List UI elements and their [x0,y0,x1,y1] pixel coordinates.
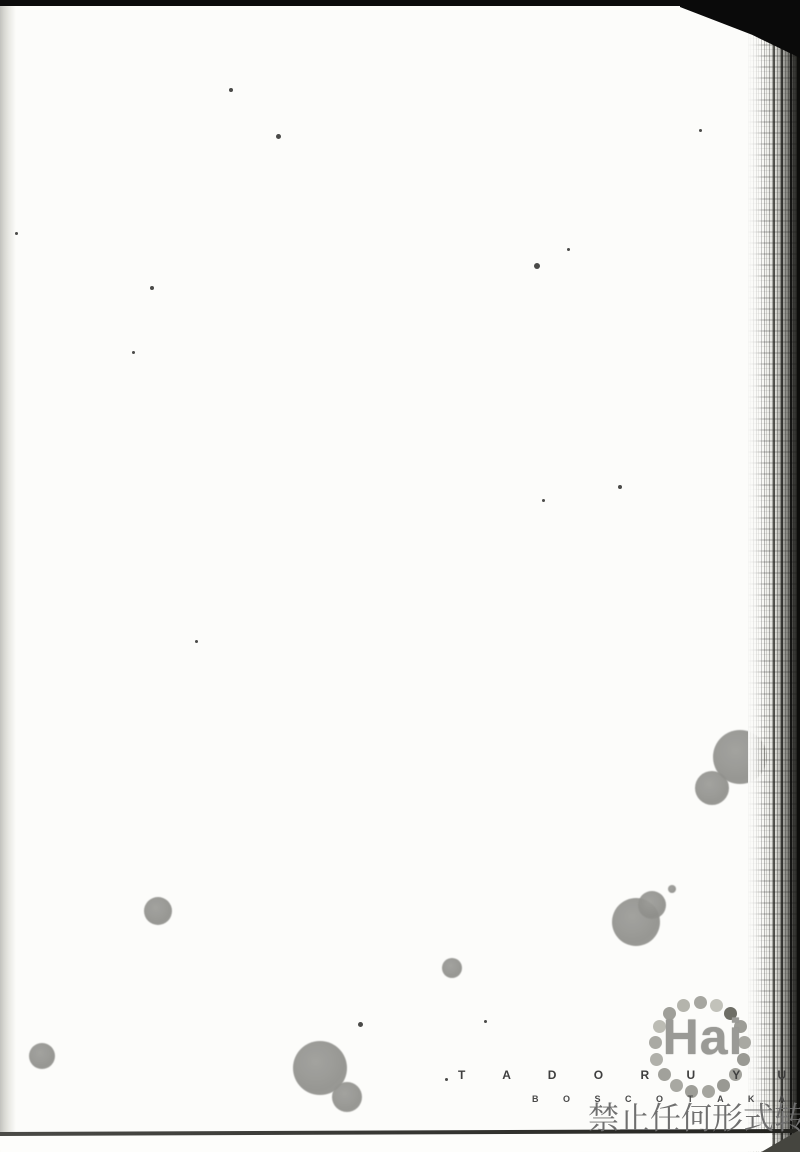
scan-left-edge [0,0,16,1152]
dust-speckle [534,263,540,269]
dust-speckle [358,1022,363,1027]
dust-speckle [132,351,135,354]
scan-corner-shadow [680,0,800,58]
dust-speckle [445,1078,448,1081]
ink-blot [332,1082,362,1112]
scanlation-logo: Hai [648,1012,758,1062]
dust-speckle [229,88,233,92]
book-edge-streak [773,0,775,1152]
page-title-romaji: T A D O R U Y U B I [458,1068,800,1082]
scanned-page: Hai T A D O R U Y U B I B O S C O T A K … [0,0,800,1152]
dust-speckle [484,1020,487,1023]
watermark-text: 禁止任何形式转载 [588,1102,800,1136]
dust-speckle [150,286,154,290]
book-edge-streak [781,0,783,1152]
ink-blot [695,771,729,805]
logo-dot [694,996,707,1009]
dust-speckle [15,232,18,235]
dust-speckle [567,248,570,251]
book-edge-streak [790,0,792,1152]
ink-blot [668,885,676,893]
ink-blot [144,897,172,925]
dust-speckle [699,129,702,132]
dust-speckle [276,134,281,139]
dust-speckle [195,640,198,643]
ink-blot [638,891,666,919]
dust-speckle [542,499,545,502]
ink-blot [29,1043,55,1069]
ink-blot [442,958,462,978]
dust-speckle [618,485,622,489]
